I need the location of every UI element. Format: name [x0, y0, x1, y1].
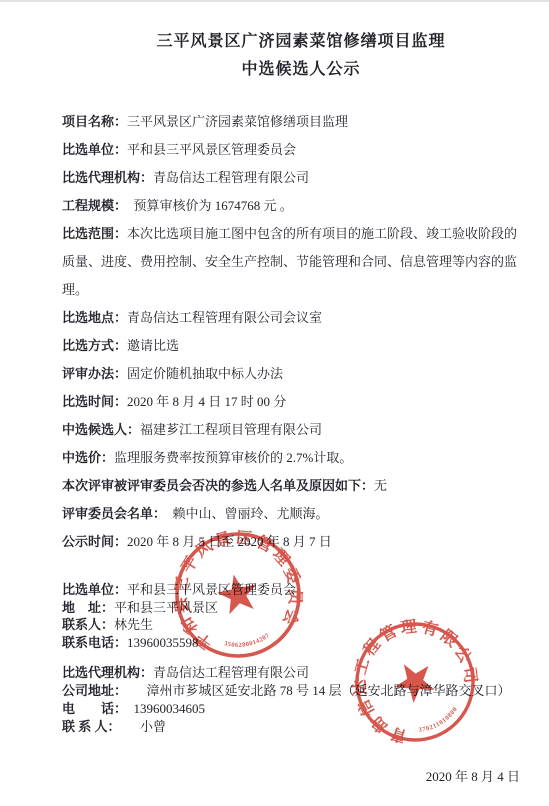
- field-label: 本次评审被评审委员会否决的参选人名单及原因如下：: [62, 478, 374, 493]
- field-label: 比选时间：: [62, 394, 127, 409]
- contact-value: 小曾: [114, 719, 166, 734]
- field-value: 监理服务费率按预算审核价的 2.7%计取。: [114, 450, 352, 465]
- title-line-2: 中选候选人公示: [70, 56, 532, 84]
- field-value: 固定价随机抽取中标人办法: [127, 366, 283, 381]
- contact-value: 平和县三平风景区管理委员会: [127, 582, 296, 597]
- field-label: 比选范围：: [62, 226, 127, 241]
- field-label: 评审委员会名单：: [62, 506, 160, 521]
- field-label: 比选单位：: [62, 142, 127, 157]
- field-row-project-scale: 工程规模： 预算审核价为 1674768 元 。: [62, 192, 524, 220]
- contact-value: 13960034605: [121, 701, 206, 716]
- field-value: 本次比选项目施工图中包含的所有项目的施工阶段、竣工验收阶段的质量、进度、费用控制…: [62, 226, 517, 297]
- field-value: 预算审核价为 1674768 元 。: [121, 198, 293, 213]
- field-row-agency: 比选代理机构：青岛信达工程管理有限公司: [62, 164, 524, 192]
- contact-label: 比选单位：: [62, 582, 127, 597]
- field-label: 中选价：: [62, 450, 114, 465]
- field-row-review-committee: 评审委员会名单： 赖中山、曾丽玲、尤顺海。: [62, 500, 524, 528]
- field-label: 比选代理机构：: [62, 170, 153, 185]
- contact-value: 青岛信达工程管理有限公司: [153, 665, 309, 680]
- field-row-review-method: 评审办法：固定价随机抽取中标人办法: [62, 360, 524, 388]
- contact-line: 比选单位：平和县三平风景区管理委员会: [62, 581, 532, 599]
- field-row-project-name: 项目名称：三平风景区广济园素菜馆修缮项目监理: [62, 108, 524, 136]
- field-row-winning-price: 中选价：监理服务费率按预算审核价的 2.7%计取。: [62, 444, 524, 472]
- contact-label: 电 话：: [62, 701, 121, 716]
- field-label: 公示时间：: [62, 534, 127, 549]
- contact-line: 联 系 人： 小曾: [62, 718, 532, 736]
- field-value: 青岛信达工程管理有限公司会议室: [127, 310, 322, 325]
- buyer-contact-block: 比选单位：平和县三平风景区管理委员会 地 址：平和县三平风景区 联系人：林先生 …: [62, 581, 532, 651]
- contact-line: 比选代理机构：青岛信达工程管理有限公司: [62, 664, 532, 682]
- contact-value: 13960035598: [127, 635, 199, 650]
- contact-line: 联系电话：13960035598: [62, 634, 532, 652]
- field-label: 比选方式：: [62, 338, 127, 353]
- page-title: 三平风景区广济园素菜馆修缮项目监理 中选候选人公示: [70, 28, 532, 84]
- contact-label: 比选代理机构：: [62, 665, 153, 680]
- contact-value: 漳州市芗城区延安北路 78 号 14 层（延安北路与漳华路交叉口）: [121, 683, 511, 698]
- contact-line: 联系人：林先生: [62, 616, 532, 634]
- field-row-selection-method: 比选方式：邀请比选: [62, 332, 524, 360]
- field-row-winning-candidate: 中选候选人：福建芗江工程项目管理有限公司: [62, 416, 524, 444]
- field-value: 2020 年 8 月 5 日至 2020 年 8 月 7 日: [127, 534, 332, 549]
- contact-label: 公司地址：: [62, 683, 121, 698]
- field-row-selecting-unit: 比选单位：平和县三平风景区管理委员会: [62, 136, 524, 164]
- field-row-publicity-period: 公示时间：2020 年 8 月 5 日至 2020 年 8 月 7 日: [62, 528, 524, 556]
- contact-line: 地 址：平和县三平风景区: [62, 599, 532, 617]
- field-value: 无: [374, 478, 387, 493]
- field-value: 平和县三平风景区管理委员会: [127, 142, 296, 157]
- field-value: 青岛信达工程管理有限公司: [153, 170, 309, 185]
- field-row-selection-time: 比选时间：2020 年 8 月 4 日 17 时 00 分: [62, 388, 524, 416]
- field-row-selection-scope: 比选范围：本次比选项目施工图中包含的所有项目的施工阶段、竣工验收阶段的质量、进度…: [62, 220, 524, 304]
- field-value: 2020 年 8 月 4 日 17 时 00 分: [127, 394, 286, 409]
- title-line-1: 三平风景区广济园素菜馆修缮项目监理: [70, 28, 532, 56]
- contact-label: 联系人：: [62, 617, 114, 632]
- field-label: 工程规模：: [62, 198, 121, 213]
- field-row-rejected-list: 本次评审被评审委员会否决的参选人名单及原因如下：无: [62, 472, 524, 500]
- document-body: 项目名称：三平风景区广济园素菜馆修缮项目监理 比选单位：平和县三平风景区管理委员…: [62, 108, 524, 556]
- field-value: 邀请比选: [127, 338, 179, 353]
- contact-label: 地 址：: [62, 600, 114, 615]
- document-date: 2020 年 8 月 4 日: [426, 766, 520, 785]
- document-page: 三平风景区广济园素菜馆修缮项目监理 中选候选人公示 项目名称：三平风景区广济园素…: [0, 0, 549, 806]
- field-label: 比选地点：: [62, 310, 127, 325]
- field-label: 评审办法：: [62, 366, 127, 381]
- contact-line: 电 话： 13960034605: [62, 700, 532, 718]
- contact-label: 联系电话：: [62, 635, 127, 650]
- field-value: 福建芗江工程项目管理有限公司: [140, 422, 322, 437]
- agency-contact-block: 比选代理机构：青岛信达工程管理有限公司 公司地址： 漳州市芗城区延安北路 78 …: [62, 664, 532, 736]
- field-row-selection-place: 比选地点：青岛信达工程管理有限公司会议室: [62, 304, 524, 332]
- field-label: 中选候选人：: [62, 422, 140, 437]
- contact-label: 联 系 人：: [62, 719, 114, 734]
- field-value: 三平风景区广济园素菜馆修缮项目监理: [127, 114, 348, 129]
- contact-value: 林先生: [114, 617, 153, 632]
- contact-line: 公司地址： 漳州市芗城区延安北路 78 号 14 层（延安北路与漳华路交叉口）: [62, 682, 532, 700]
- field-value: 赖中山、曾丽玲、尤顺海。: [160, 506, 329, 521]
- field-label: 项目名称：: [62, 114, 127, 129]
- contact-value: 平和县三平风景区: [114, 600, 218, 615]
